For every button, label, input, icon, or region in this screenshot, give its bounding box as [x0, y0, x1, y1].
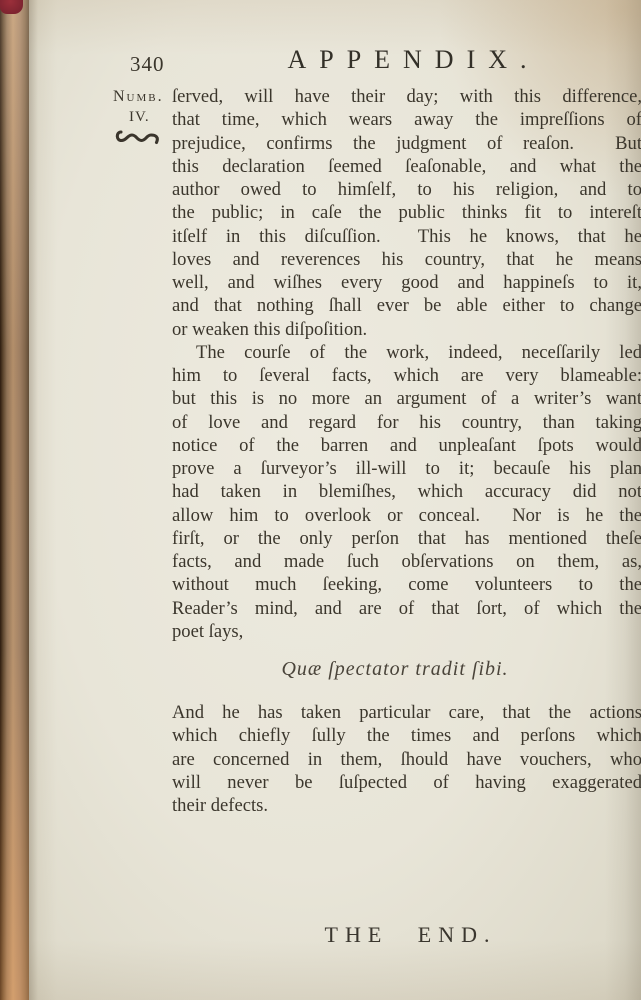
body-line: prejudice, confirms the judgment of reaſ… — [172, 132, 641, 155]
body-line: author owed to himſelf, to his religion,… — [172, 178, 641, 201]
body-line: which chiefly ſully the times and perſon… — [172, 724, 641, 747]
flourish-icon — [115, 128, 171, 152]
body-line: facts, and made ſuch obſervations on the… — [172, 550, 641, 573]
body-line: allow him to overlook or conceal. Nor is… — [172, 504, 641, 527]
the-end-colophon: THE END. — [172, 923, 641, 946]
body-line: that time, which wears away the impreſſi… — [172, 108, 641, 131]
body-line: well, and wiſhes every good and happineſ… — [172, 271, 641, 294]
body-line: this declaration ſeemed ſeaſonable, and … — [172, 155, 641, 178]
paragraph-1: ſerved, will have their day; with this d… — [172, 85, 641, 341]
body-line: ſerved, will have their day; with this d… — [172, 85, 641, 108]
body-line: will never be ſuſpected of having exagge… — [172, 771, 641, 794]
body-line: of love and regard for his country, than… — [172, 411, 641, 434]
body-line: poet ſays, — [172, 620, 641, 643]
body-line: are concerned in them, ſhould have vouch… — [172, 748, 641, 771]
margin-note-label: Numb. — [113, 87, 171, 107]
body-line: And he has taken particular care, that t… — [172, 701, 641, 724]
body-line: their defects. — [172, 794, 641, 817]
spine-red-label — [0, 0, 23, 14]
paragraph-2: The courſe of the work, indeed, neceſſar… — [172, 341, 641, 643]
book-page-photo: 340 APPENDIX. Numb. IV. ſerved, will hav… — [0, 0, 641, 1000]
body-line: firſt, or the only perſon that has menti… — [172, 527, 641, 550]
body-line: or weaken this diſpoſition. — [172, 318, 641, 341]
body-line: itſelf in this diſcuſſion. This he knows… — [172, 225, 641, 248]
body-line: and that nothing ſhall ever be able eith… — [172, 294, 641, 317]
body-line: the public; in caſe the public thinks fi… — [172, 201, 641, 224]
latin-quote: Quæ ſpectator tradit ſibi. — [160, 656, 630, 682]
body-line: but this is no more an argument of a wri… — [172, 387, 641, 410]
body-line: prove a ſurveyor’s ill-will to it; becau… — [172, 457, 641, 480]
book-spine — [0, 0, 29, 1000]
running-head-appendix: APPENDIX. — [172, 45, 641, 75]
body-line: Reader’s mind, and are of that ſort, of … — [172, 597, 641, 620]
body-text-column: ſerved, will have their day; with this d… — [172, 85, 641, 947]
body-line: had taken in blemiſhes, which accuracy d… — [172, 480, 641, 503]
body-line: loves and reverences his country, that h… — [172, 248, 641, 271]
margin-note-number: Numb. IV. — [113, 87, 171, 152]
paragraph-3: And he has taken particular care, that t… — [172, 701, 641, 817]
body-line: him to ſeveral facts, which are very bla… — [172, 364, 641, 387]
body-line: notice of the barren and unpleaſant ſpot… — [172, 434, 641, 457]
body-line: The courſe of the work, indeed, neceſſar… — [172, 341, 641, 364]
margin-note-numeral: IV. — [113, 107, 171, 127]
page-number: 340 — [130, 52, 165, 77]
body-line: without much ſeeking, come volunteers to… — [172, 573, 641, 596]
page-paper: 340 APPENDIX. Numb. IV. ſerved, will hav… — [29, 0, 641, 1000]
